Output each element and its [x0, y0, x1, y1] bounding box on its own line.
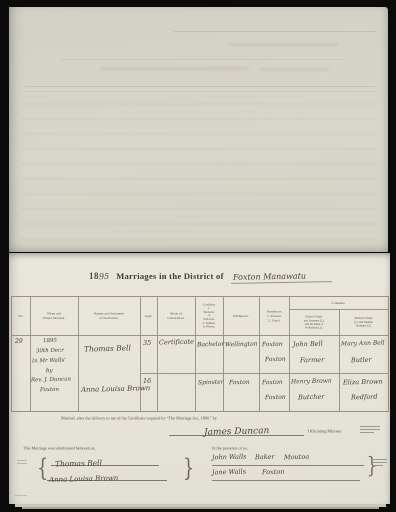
form-number-mark [15, 495, 27, 496]
when-line: 30th Decr [36, 348, 64, 355]
bride-signature-line: Anna Louisa Brown [47, 468, 167, 481]
year: 1895 [89, 266, 109, 284]
scanned-register-photo: 1895 Marriages in the District of Foxton… [0, 0, 396, 512]
year-handwritten: 95 [99, 272, 110, 282]
district-handwritten: Foxton Manawatu [231, 271, 332, 284]
col-header-ages: Ages. [140, 297, 157, 335]
witness2-name: Jane Walls [212, 468, 246, 477]
page-ghosting [229, 43, 339, 46]
printed-margin-note [17, 460, 27, 464]
groom-father-rank: Farmer [300, 356, 324, 365]
groom-father-name: John Bell [293, 340, 323, 349]
bride-father-rank: Butcher [298, 393, 325, 402]
witness1-line: John Walls Baker Moutoa [212, 453, 364, 466]
page-ghosting [21, 103, 377, 245]
when-line: Rev. J. Duncan [31, 376, 71, 383]
groom-signature-line: Thomas Bell [51, 453, 159, 466]
col-header-birthplace: Birthplace. [223, 297, 259, 335]
bride-condition: Spinster [198, 379, 224, 387]
officiating-minister-label: Officiating Minister [308, 429, 342, 434]
col-header-no: No. [12, 297, 30, 335]
witness1-place: Moutoa [284, 453, 309, 462]
page-ghosting [259, 68, 329, 71]
col-header-consents: Consents. [289, 297, 388, 309]
groom-residence-present: Foxton [262, 341, 283, 349]
witness1-rank: Baker [255, 453, 275, 462]
witness2-place: Foxton [262, 468, 285, 477]
groom-residence-usual: Foxton [265, 356, 286, 364]
witness1-name: John Walls [212, 453, 247, 462]
printed-margin-note [360, 426, 380, 433]
form-header: 1895 Marriages in the District of Foxton… [89, 266, 332, 284]
groom-condition: Bachelor [197, 341, 224, 349]
closing-brace: } [183, 454, 194, 482]
col-header-mother: Mother's Name (1), and Maiden Surname (2… [339, 309, 388, 335]
printed-margin-note [373, 459, 387, 466]
when-line: Foxton [40, 387, 59, 393]
bride-residence-usual: Foxton [265, 394, 286, 402]
entry-number: 29 [15, 338, 23, 345]
col-header-residence: Residence: 1. Present. 2. Usual. [259, 297, 289, 335]
mode-of-celebration: Certificate [159, 338, 194, 347]
groom-birthplace: Wellington [225, 341, 258, 349]
bride-mother-name: Eliza Brown [343, 377, 383, 386]
minister-signature-line: James Duncan [169, 421, 304, 436]
col-header-mode: Mode of Celebration. [157, 297, 195, 335]
register-table: No. When and Where Married. Names and Su… [12, 297, 388, 411]
page-stack-edge [22, 507, 379, 509]
page-ghosting [25, 91, 375, 92]
bride-signature: Anna Louisa Brown [47, 474, 118, 484]
table-gridline [140, 373, 388, 374]
when-line: In Mr Walls' [32, 358, 66, 365]
form-title: Marriages in the District of [116, 271, 224, 281]
page-ghosting [99, 67, 249, 70]
bride-mother-maiden: Redford [351, 393, 378, 402]
col-header-when: When and Where Married. [30, 297, 78, 335]
col-header-names: Names and Surnames of the Parties. [78, 297, 140, 335]
groom-mother-maiden: Butler [351, 356, 372, 365]
minister-signature: James Duncan [204, 426, 270, 438]
col-header-father: Father's Name and Surname (1), and his R… [289, 309, 339, 335]
groom-age: 35 [143, 339, 151, 347]
solemnized-label: This Marriage was solemnized between us, [23, 446, 96, 451]
bride-father-name: Henry Brown [291, 377, 332, 385]
book-bottom-page: 1895 Marriages in the District of Foxton… [9, 253, 390, 504]
table-gridline [12, 335, 388, 336]
witness2-line: Jane Walls Foxton [212, 468, 360, 481]
book-top-page [9, 7, 388, 252]
page-ghosting [174, 31, 376, 32]
groom-mother-name: Mary Ann Bell [341, 339, 385, 347]
bride-residence-present: Foxton [262, 379, 283, 387]
when-line: 1895 [43, 338, 57, 344]
closing-brace: } [367, 454, 378, 479]
page-ghosting [25, 86, 375, 87]
page-ghosting [61, 59, 343, 60]
presence-label: In the presence of us, [212, 446, 248, 451]
col-header-condition: Condition: 1. Bachelor or Widower. 2. Sp… [195, 297, 223, 335]
year-printed: 18 [89, 271, 99, 281]
when-line: by [46, 368, 53, 374]
groom-name: Thomas Bell [84, 343, 131, 353]
bride-birthplace: Foxton [229, 379, 250, 387]
bride-age: 16 [143, 377, 151, 385]
